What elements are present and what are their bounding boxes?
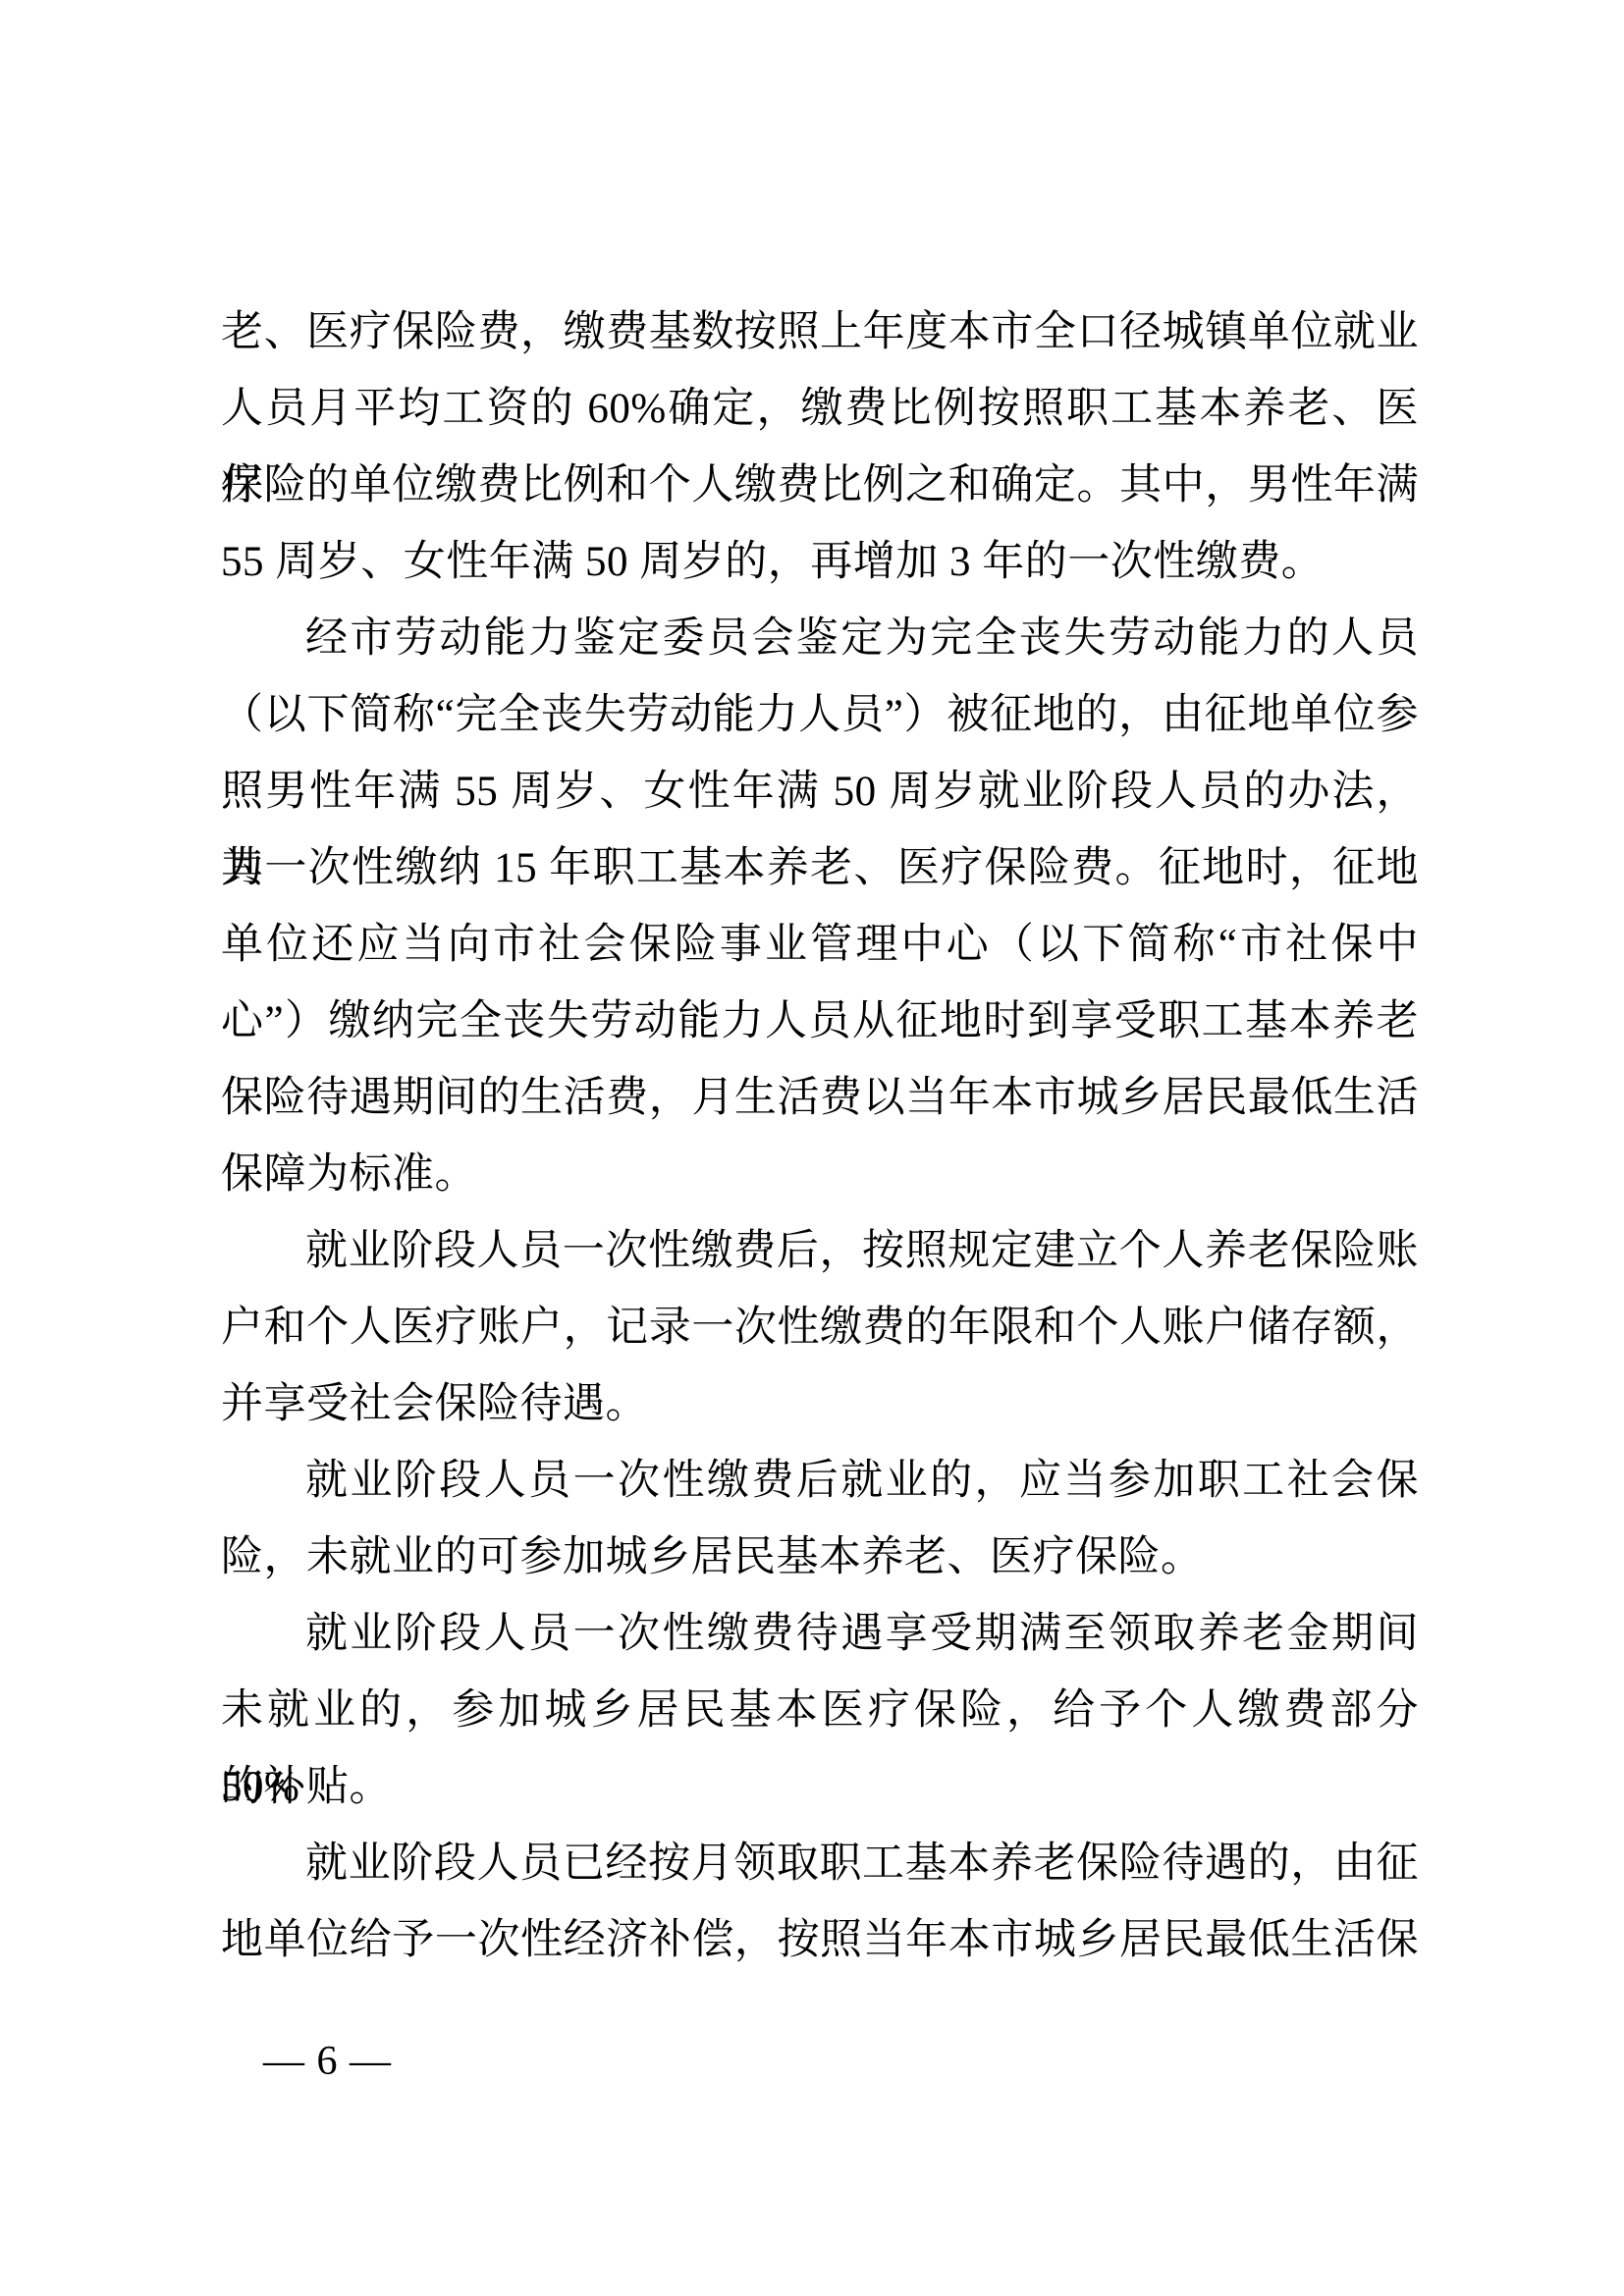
text-line: 保险的单位缴费比例和个人缴费比例之和确定。其中，男性年满 xyxy=(221,448,1419,524)
text-line: 保障为标准。 xyxy=(221,1137,1419,1213)
text-line: 老、医疗保险费，缴费基数按照上年度本市全口径城镇单位就业 xyxy=(221,294,1419,371)
text-line: 险，未就业的可参加城乡居民基本养老、医疗保险。 xyxy=(221,1520,1419,1596)
text-line: 保险待遇期间的生活费，月生活费以当年本市城乡居民最低生活 xyxy=(221,1060,1419,1137)
page-number: — 6 — xyxy=(263,2040,392,2083)
text-line: 经市劳动能力鉴定委员会鉴定为完全丧失劳动能力的人员 xyxy=(221,601,1419,677)
text-line: 就业阶段人员已经按月领取职工基本养老保险待遇的，由征 xyxy=(221,1826,1419,1902)
text-line: 就业阶段人员一次性缴费待遇享受期满至领取养老金期间 xyxy=(221,1596,1419,1673)
text-line: 55 周岁、女性年满 50 周岁的，再增加 3 年的一次性缴费。 xyxy=(221,524,1419,601)
text-line: 未就业的，参加城乡居民基本医疗保险，给予个人缴费部分 50% xyxy=(221,1673,1419,1749)
text-line: 单位还应当向市社会保险事业管理中心（以下简称“市社保中 xyxy=(221,907,1419,984)
text-line: 就业阶段人员一次性缴费后就业的，应当参加职工社会保 xyxy=(221,1443,1419,1520)
text-block: 老、医疗保险费，缴费基数按照上年度本市全口径城镇单位就业人员月平均工资的 60%… xyxy=(221,294,1419,1979)
text-line: 户和个人医疗账户，记录一次性缴费的年限和个人账户储存额， xyxy=(221,1290,1419,1366)
text-line: 并享受社会保险待遇。 xyxy=(221,1366,1419,1443)
text-line: 其一次性缴纳 15 年职工基本养老、医疗保险费。征地时，征地 xyxy=(221,830,1419,907)
text-line: （以下简称“完全丧失劳动能力人员”）被征地的，由征地单位参 xyxy=(221,677,1419,754)
document-page: 老、医疗保险费，缴费基数按照上年度本市全口径城镇单位就业人员月平均工资的 60%… xyxy=(0,0,1624,2296)
text-line: 人员月平均工资的 60%确定，缴费比例按照职工基本养老、医疗 xyxy=(221,371,1419,448)
text-line: 的补贴。 xyxy=(221,1749,1419,1826)
text-line: 就业阶段人员一次性缴费后，按照规定建立个人养老保险账 xyxy=(221,1213,1419,1290)
text-line: 地单位给予一次性经济补偿，按照当年本市城乡居民最低生活保 xyxy=(221,1902,1419,1979)
text-line: 心”）缴纳完全丧失劳动能力人员从征地时到享受职工基本养老 xyxy=(221,984,1419,1060)
text-line: 照男性年满 55 周岁、女性年满 50 周岁就业阶段人员的办法，为 xyxy=(221,754,1419,830)
